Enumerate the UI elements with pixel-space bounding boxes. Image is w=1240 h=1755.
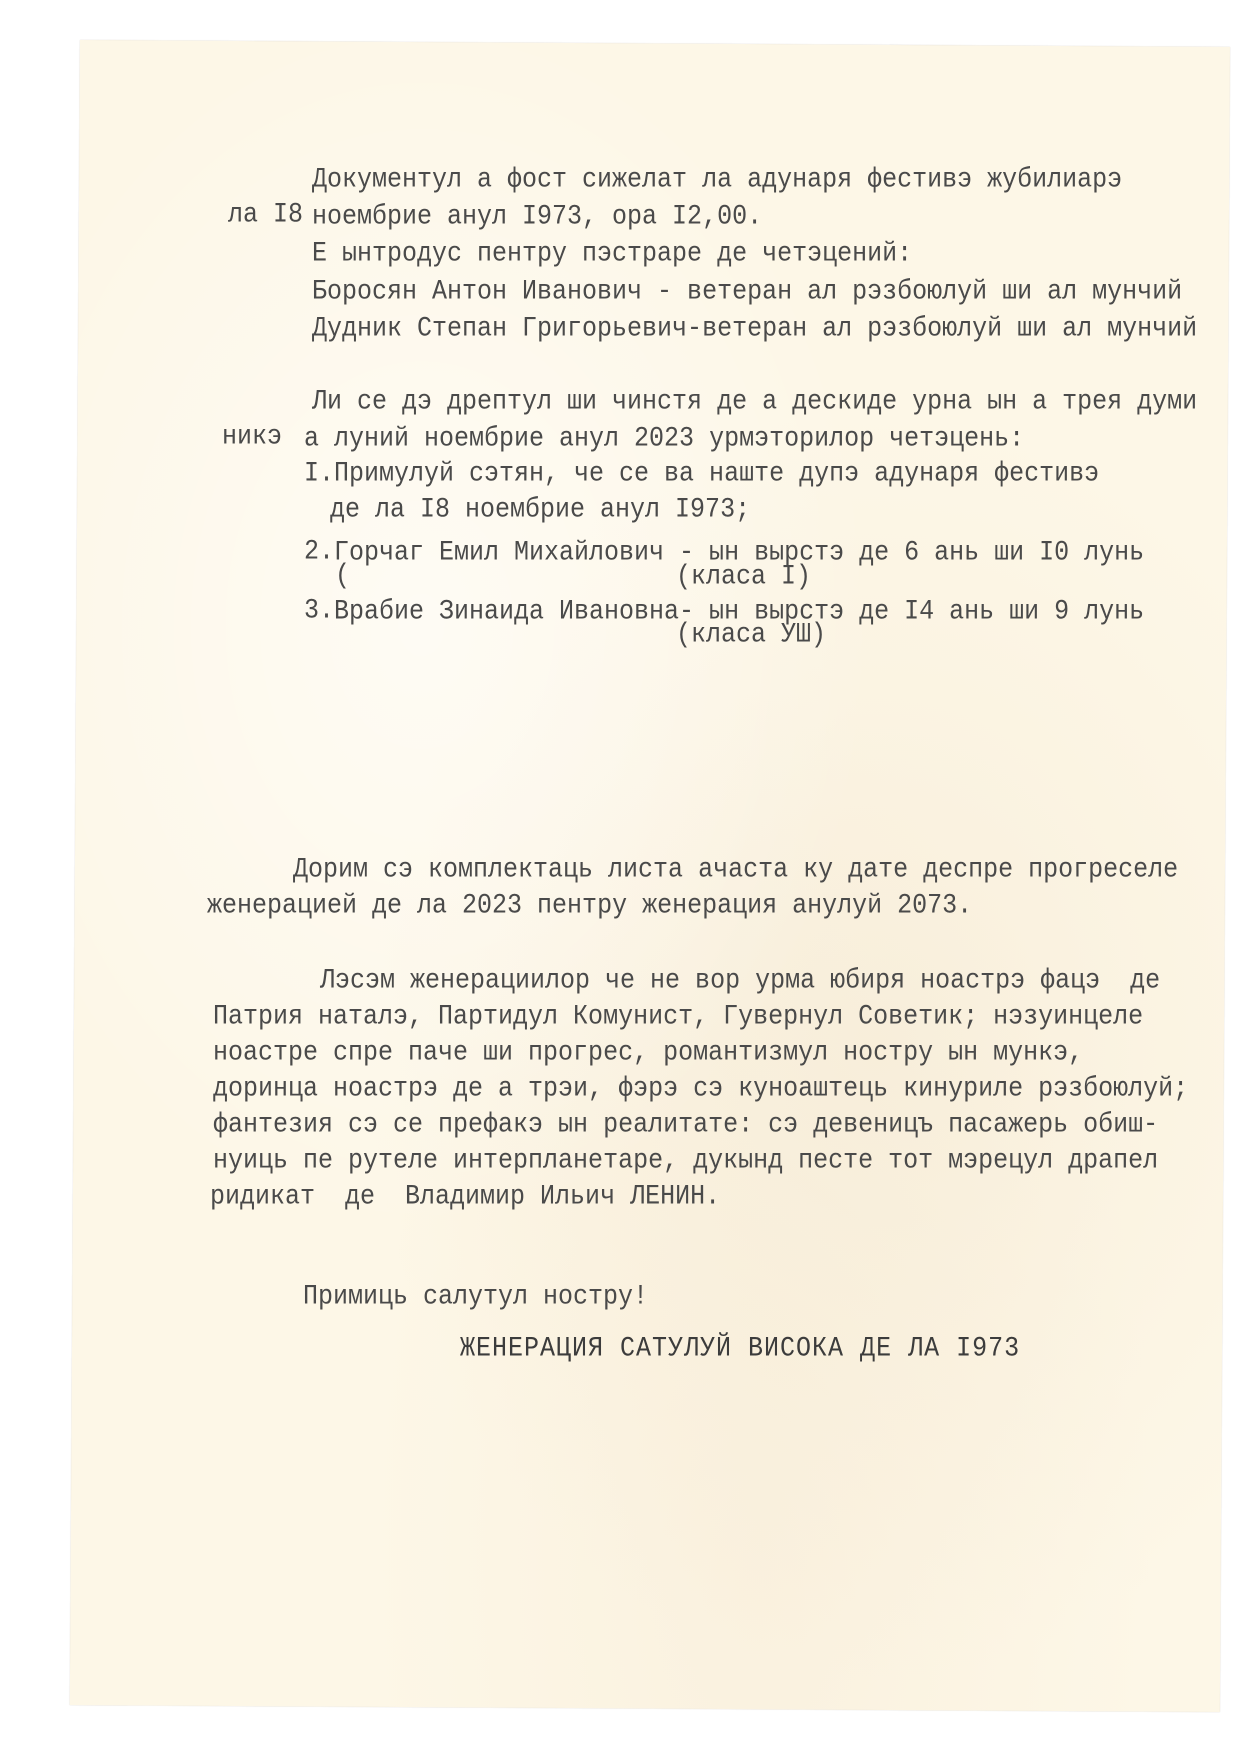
item-2-note: (класа I) bbox=[676, 560, 811, 592]
wish-line-1: Дорим сэ комплектаць листа ачаста ку дат… bbox=[293, 853, 1178, 885]
item-1-number: I. bbox=[304, 457, 334, 489]
veteran-1: Боросян Антон Иванович - ветеран ал рэзб… bbox=[312, 275, 1182, 307]
intro-line-3: Е ынтродус пентру пэстраре де четэцений: bbox=[312, 237, 912, 269]
intro-line-2-prefix: ла I8 bbox=[228, 198, 303, 230]
item-1-text: Примулуй сэтян, че се ва наште дупэ адун… bbox=[334, 457, 1099, 489]
legacy-line-4: доринца ноастрэ де а трэи, фэрэ сэ куноа… bbox=[213, 1072, 1188, 1104]
legacy-line-7: ридикат де Владимир Ильич ЛЕНИН. bbox=[210, 1180, 720, 1212]
item-3-note: (класа УШ) bbox=[676, 618, 826, 650]
item-2-stray-mark: ( bbox=[335, 559, 350, 591]
legacy-line-5: фантезия сэ се префакэ ын реалитате: сэ … bbox=[213, 1108, 1158, 1140]
legacy-line-6: нуиць пе рутеле интерпланетаре, дукынд п… bbox=[213, 1144, 1158, 1176]
opening-line-1: Ли се дэ дрептул ши чинстя де а дескиде … bbox=[312, 385, 1197, 417]
opening-line-2: а луний ноембрие анул 2023 урмэторилор ч… bbox=[304, 422, 1024, 454]
item-1-continuation: де ла I8 ноембрие анул I973; bbox=[330, 493, 750, 525]
intro-line-1: Документул а фост сижелат ла адунаря фес… bbox=[312, 163, 1122, 195]
item-3-number: 3. bbox=[304, 594, 334, 626]
closing-greeting: Примиць салутул ностру! bbox=[303, 1280, 648, 1312]
wish-line-2: женерацией де ла 2023 пентру женерация а… bbox=[207, 889, 972, 921]
item-2-number: 2. bbox=[304, 535, 334, 567]
intro-line-2: ноембрие анул I973, ора I2,00. bbox=[312, 200, 762, 232]
veteran-2: Дудник Степан Григорьевич-ветеран ал рэз… bbox=[312, 312, 1197, 344]
legacy-line-1: Лэсэм женерациилор че не вор урма юбиря … bbox=[320, 964, 1160, 996]
opening-line-2-prefix: никэ bbox=[222, 420, 282, 452]
legacy-line-3: ноастре спре паче ши прогрес, романтизму… bbox=[213, 1036, 1083, 1068]
signature: ЖЕНЕРАЦИЯ САТУЛУЙ ВИСОКА ДЕ ЛА I973 bbox=[460, 1332, 1020, 1364]
legacy-line-2: Патрия наталэ, Партидул Комунист, Гуверн… bbox=[213, 1000, 1143, 1032]
